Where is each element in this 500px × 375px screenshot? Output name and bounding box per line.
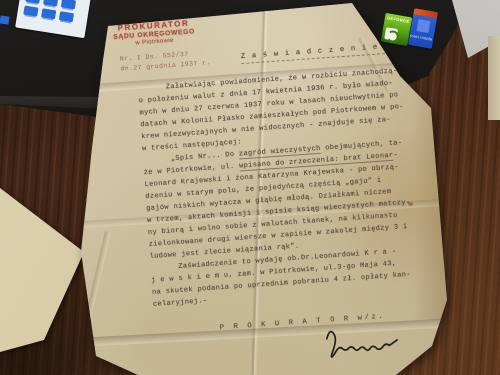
letter-content: PROKURATOR SĄDU OKRĘGOWEGO w Piotrkowie … [98,0,462,374]
letter-sheet: PROKURATOR SĄDU OKRĘGOWEGO w Piotrkowie … [0,0,500,375]
office-stamp: PROKURATOR SĄDU OKRĘGOWEGO w Piotrkowie [112,18,196,50]
letter-body: Załatwiając powiadomienie, że w rozbiciu… [138,65,419,311]
crease-line [71,231,111,375]
letter-wrap: PROKURATOR SĄDU OKRĘGOWEGO w Piotrkowie … [0,0,500,375]
photo-scene: GEFORCE intel inside PROKURATOR [0,0,500,375]
reference-block: Nr. I Ds. 552/37 dn.27 grudnia 1937 r. [119,48,211,74]
letter-title: Z a ś w i a d c z e n i e . [241,43,390,64]
handwritten-signature [316,315,438,359]
